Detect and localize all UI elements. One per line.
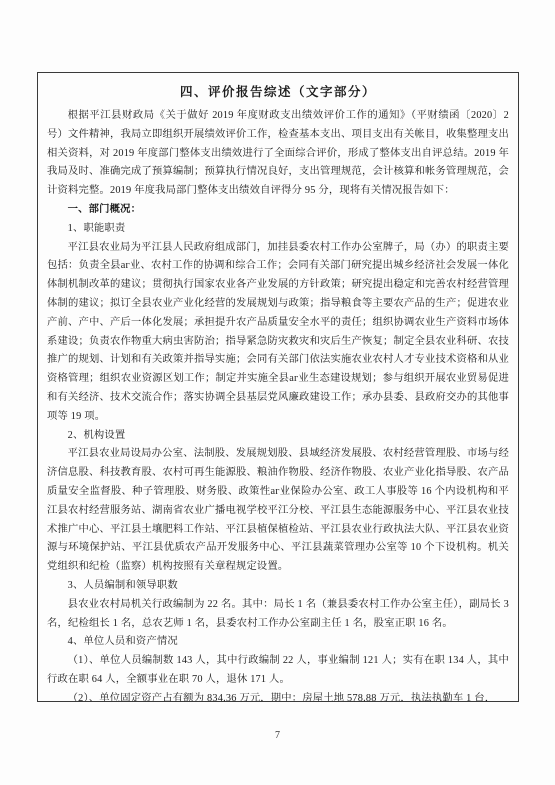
subheading-duties: 1、职能职责	[47, 220, 509, 239]
section-title: 四、评价报告综述（文字部分）	[47, 80, 509, 104]
paragraph-assets: （2）、单位固定资产占有额为 834.36 万元，期中：房屋土地 578.88 …	[47, 690, 509, 702]
subheading-staffing: 3、人员编制和领导职数	[47, 577, 509, 596]
paragraph-duties: 平江县农业局为平江县人民政府组成部门，加挂县委农村工作办公室牌子，局（办）的职责…	[47, 239, 509, 427]
subheading-personnel-assets: 4、单位人员和资产情况	[47, 633, 509, 652]
document-page: 四、评价报告综述（文字部分） 根据平江县财政局《关于做好 2019 年度财政支出…	[0, 0, 555, 785]
paragraph-org-structure: 平江县农业局设局办公室、法制股、发展规划股、县域经济发展股、农村经营管理股、市场…	[47, 445, 509, 577]
intro-paragraph: 根据平江县财政局《关于做好 2019 年度财政支出绩效评价工作的通知》（平财绩函…	[47, 107, 509, 201]
subheading-org-structure: 2、机构设置	[47, 427, 509, 446]
paragraph-personnel: （1）、单位人员编制数 143 人，其中行政编制 22 人，事业编制 121 人…	[47, 652, 509, 690]
page-number: 7	[0, 730, 555, 741]
paragraph-staffing: 县农业农村局机关行政编制为 22 名。其中：局长 1 名（兼县委农村工作办公室主…	[47, 596, 509, 634]
report-frame: 四、评价报告综述（文字部分） 根据平江县财政局《关于做好 2019 年度财政支出…	[37, 72, 519, 702]
heading-dept-overview: 一、部门概况：	[47, 201, 509, 220]
